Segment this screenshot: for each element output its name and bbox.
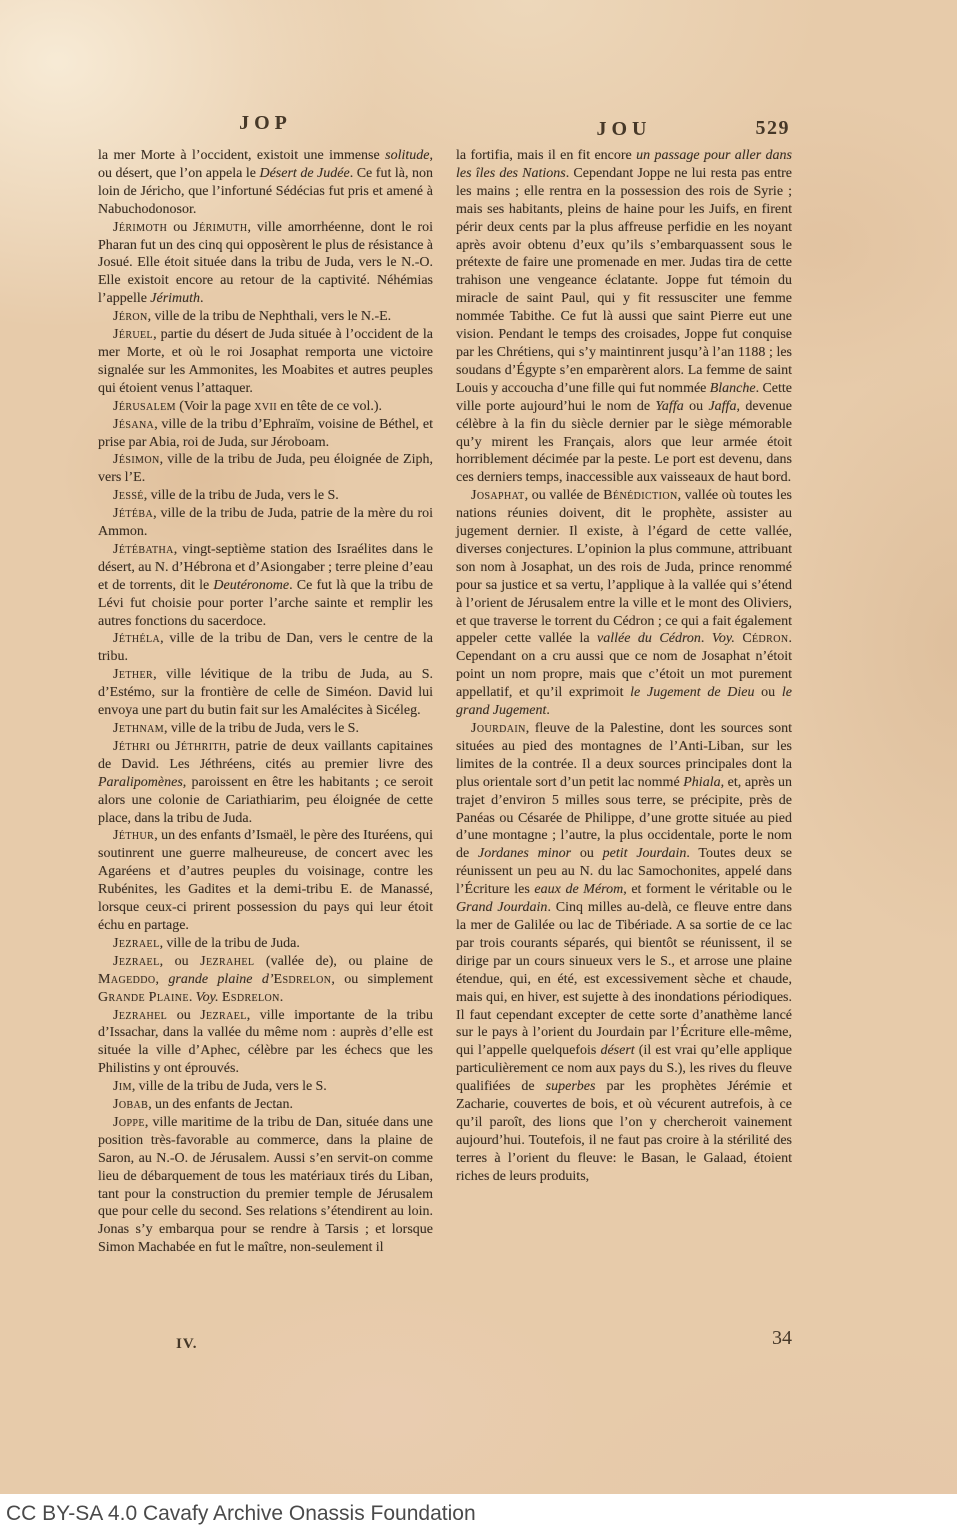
entry-paragraph: Jobab, un des enfants de Jectan. — [98, 1096, 433, 1114]
entry-paragraph: Joppe, ville maritime de la tribu de Dan… — [98, 1114, 433, 1257]
entry-paragraph: la fortifia, mais il en fit encore un pa… — [456, 147, 792, 487]
entry-paragraph: Jourdain, fleuve de la Palestine, dont l… — [456, 720, 792, 1186]
entry-paragraph: Jethnam, ville de la tribu de Juda, vers… — [98, 720, 433, 738]
license-caption-bar: CC BY-SA 4.0 Cavafy Archive Onassis Foun… — [0, 1494, 957, 1535]
entry-paragraph: Jim, ville de la tribu de Juda, vers le … — [98, 1078, 433, 1096]
entry-paragraph: Jérusalem (Voir la page xvii en tête de … — [98, 398, 433, 416]
entry-paragraph: Jezrael, ville de la tribu de Juda. — [98, 935, 433, 953]
entry-paragraph: Jezrahel ou Jezrael, ville importante de… — [98, 1007, 433, 1079]
signature-mark: 34 — [772, 1327, 792, 1350]
book-page-scan: JOP JOU 529 la mer Morte à l’occident, e… — [0, 0, 957, 1535]
volume-mark: IV. — [176, 1336, 198, 1353]
entry-paragraph: Jéron, ville de la tribu de Nephthali, v… — [98, 308, 433, 326]
entry-paragraph: Jétéba, ville de la tribu de Juda, patri… — [98, 505, 433, 541]
entry-paragraph: Jéthéla, ville de la tribu de Dan, vers … — [98, 630, 433, 666]
text-column-left: la mer Morte à l’occident, existoit une … — [98, 147, 433, 1257]
entry-paragraph: Jétébatha, vingt-septième station des Is… — [98, 541, 433, 631]
page-number: 529 — [700, 117, 790, 140]
entry-paragraph: Jessé, ville de la tribu de Juda, vers l… — [98, 487, 433, 505]
entry-paragraph: Jéthur, un des enfants d’Ismaël, le père… — [98, 827, 433, 934]
license-caption: CC BY-SA 4.0 Cavafy Archive Onassis Foun… — [6, 1494, 476, 1535]
text-column-right: la fortifia, mais il en fit encore un pa… — [456, 147, 792, 1186]
entry-paragraph: Josaphat, ou vallée de Bénédiction, vall… — [456, 487, 792, 720]
entry-paragraph: Jezrael, ou Jezrahel (vallée de), ou pla… — [98, 953, 433, 1007]
entry-paragraph: Jéruel, partie du désert de Juda située … — [98, 326, 433, 398]
entry-paragraph: Jésana, ville de la tribu d’Ephraïm, voi… — [98, 416, 433, 452]
entry-paragraph: la mer Morte à l’occident, existoit une … — [98, 147, 433, 219]
entry-paragraph: Jérimoth ou Jérimuth, ville amorrhéenne,… — [98, 219, 433, 309]
running-header-left: JOP — [98, 112, 433, 135]
entry-paragraph: Jéthri ou Jéthrith, patrie de deux vaill… — [98, 738, 433, 828]
entry-paragraph: Jésimon, ville de la tribu de Juda, peu … — [98, 451, 433, 487]
entry-paragraph: Jether, ville lévitique de la tribu de J… — [98, 666, 433, 720]
